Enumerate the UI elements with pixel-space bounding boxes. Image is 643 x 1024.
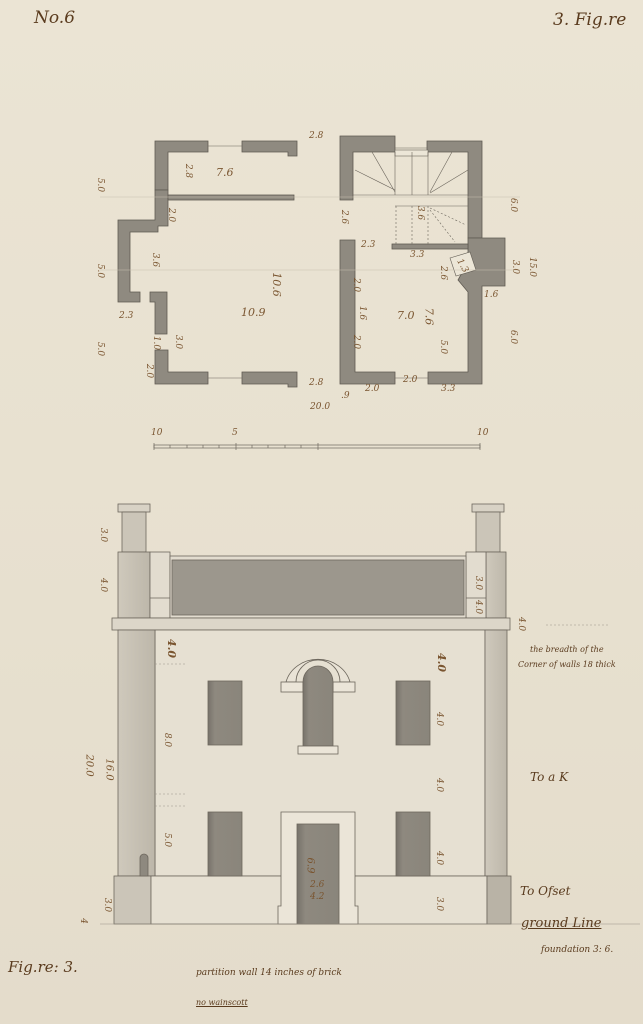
dim-right-4: 4.0 [434,851,444,865]
right-pier [485,630,507,876]
dim-parapet-right-2: 4.0 [473,600,483,614]
pier-niche [140,854,148,876]
note-no-wainscott: no wainscott [196,998,248,1007]
note-to-ofset: To Ofset [520,884,570,898]
window-upper-left [208,681,242,745]
figure-label-bottom: Fig.re: 3. [8,958,78,976]
front-elevation [0,0,643,1024]
dim-total-height: 20.0 [84,754,95,776]
cornice [112,618,510,630]
dim-right-1: 4.0 [435,653,448,672]
left-pier [118,630,155,876]
dim-marker: 4 [78,918,88,924]
dim-wall-height: 16.0 [104,758,115,780]
parapet-panel [172,560,464,615]
window-lower-left [208,812,242,876]
left-chimney-cap [118,504,150,512]
note-breadth-line2: Corner of walls 18 thick [518,660,616,669]
dim-right-2: 4.0 [434,712,444,726]
note-breadth-line1: the breadth of the [530,645,604,654]
niche-sill [298,746,338,754]
dim-parapet-height: 4.0 [98,578,108,592]
door-label-2: 2.6 [310,880,324,890]
dim-base: 3.0 [102,898,112,912]
note-foundation: foundation 3: 6. [541,945,613,955]
right-chimney-stack [476,512,500,552]
left-base [114,876,151,924]
window-upper-right [396,681,430,745]
front-door [297,824,339,924]
dim-right-3: 4.0 [434,778,444,792]
left-chimney-stack [122,512,146,552]
window-lower-right [396,812,430,876]
note-partition-wall: partition wall 14 inches of brick [196,968,342,978]
dim-lower-wall: 5.0 [162,833,172,847]
note-right-dim: 4.0 [516,617,526,631]
dim-parapet-right-1: 3.0 [473,576,483,590]
door-label-1: 6.9 [304,858,315,874]
right-chimney-cap [472,504,504,512]
note-to-a-k: To a K [530,770,568,784]
right-base [487,876,511,924]
dim-chimney-height: 3.0 [98,528,108,542]
note-ground-line: ground Line [521,916,601,931]
drawing-sheet: No.6 3. Fig.re [0,0,643,1024]
arched-niche [303,666,333,746]
dim-right-5: 3.0 [434,897,444,911]
dim-upper-wall: 8.0 [162,733,172,747]
door-label-3: 4.2 [310,892,324,902]
dim-upper-floor: 4.0 [165,639,178,658]
left-pier-top [118,552,150,618]
